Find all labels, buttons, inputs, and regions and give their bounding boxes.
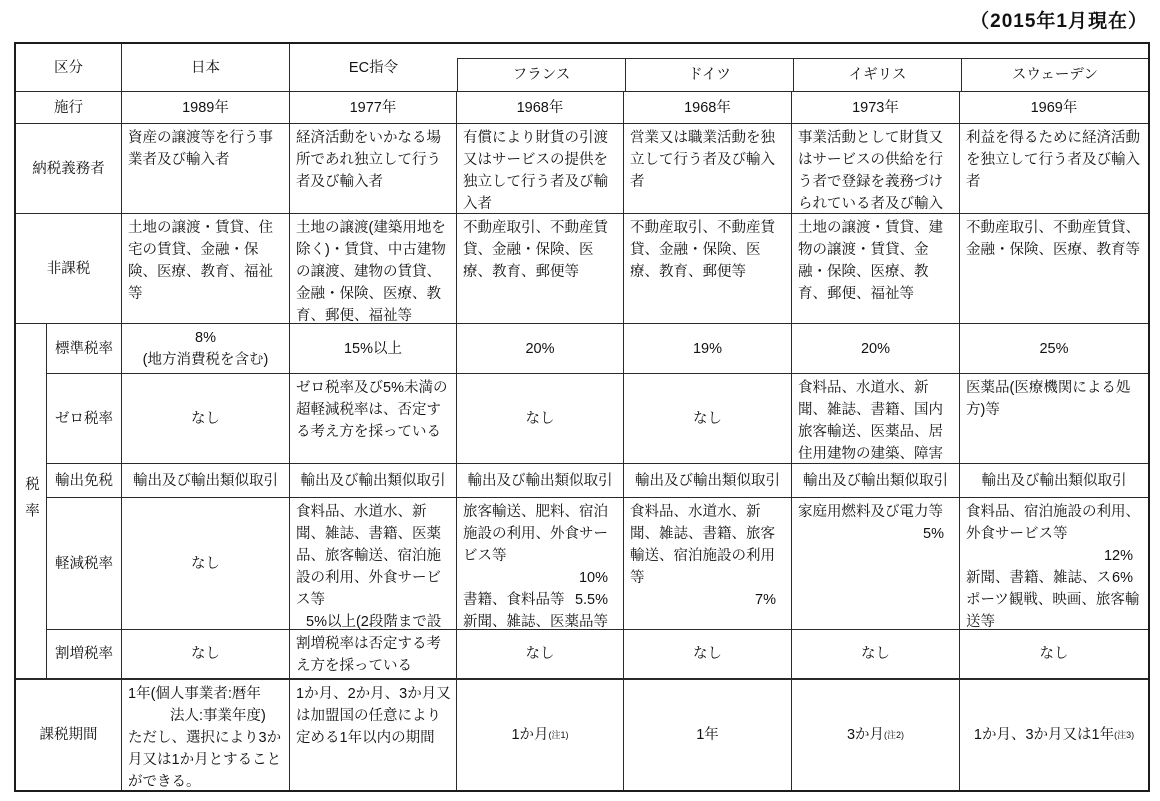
cell-export-ec: 輸出及び輸出類似取引 (290, 464, 457, 498)
cell-exempt-uk: 土地の譲渡・賃貸、建物の譲渡・賃貸、金融・保険、医療、教育、郵便、福祉等 (792, 214, 960, 324)
cell-taxpayer-germany: 営業又は職業活動を独立して行う者及び輸入者 (624, 124, 792, 214)
cell-export-sweden: 輸出及び輸出類似取引 (960, 464, 1148, 498)
cell-exempt-france: 不動産取引、不動産賃貸、金融・保険、医療、教育、郵便等 (457, 214, 624, 324)
col-header-group: EC指令 フランス ドイツ イギリス スウェーデン (290, 44, 1148, 92)
reduced-sweden-rate1: 12% (966, 545, 1143, 567)
cell-surtax-france: なし (457, 630, 624, 680)
col-header-france: フランス (458, 59, 625, 91)
row-group-label-tax-rate: 税率 (16, 324, 47, 680)
cell-standard-sweden: 25% (960, 324, 1148, 374)
cell-exempt-sweden: 不動産取引、不動産賃貸、金融・保険、医療、教育等 (960, 214, 1148, 324)
row-label-standard-rate: 標準税率 (47, 324, 122, 374)
corner-header: 区分 (16, 44, 122, 92)
reduced-sweden-line2: 6% 新聞、書籍、雑誌、スポーツ観戦、映画、旅客輸送等 (966, 567, 1143, 630)
cell-standard-ec: 15%以上 (290, 324, 457, 374)
cell-taxpayer-ec: 経済活動をいかなる場所であれ独立して行う者及び輸入者 (290, 124, 457, 214)
col-header-sweden: スウェーデン (961, 59, 1148, 91)
cell-surtax-ec: 割増税率は否定する考え方を採っている (290, 630, 457, 680)
cell-enforcement-ec: 1977年 (290, 92, 457, 124)
period-uk-value: 3か月 (847, 724, 884, 746)
cell-enforcement-germany: 1968年 (624, 92, 792, 124)
period-japan-line1: 1年(個人事業者:暦年 (128, 683, 284, 705)
cell-export-uk: 輸出及び輸出類似取引 (792, 464, 960, 498)
row-label-taxpayer: 納税義務者 (16, 124, 122, 214)
row-label-export-exemption: 輸出免税 (47, 464, 122, 498)
cell-reduced-germany: 食料品、水道水、新聞、雑誌、書籍、旅客輸送、宿泊施設の利用等 7% (624, 498, 792, 630)
reduced-france-item2: 書籍、食料品等 (463, 589, 565, 611)
col-header-japan: 日本 (122, 44, 290, 92)
cell-taxpayer-sweden: 利益を得るために経済活動を独立して行う者及び輸入者 (960, 124, 1148, 214)
document-page: （2015年1月現在） 区分 日本 EC指令 フランス ドイツ イギリス スウェ… (0, 0, 1160, 801)
cell-standard-france: 20% (457, 324, 624, 374)
cell-zero-france: なし (457, 374, 624, 464)
cell-taxpayer-japan: 資産の譲渡等を行う事業者及び輸入者 (122, 124, 290, 214)
cell-exempt-ec: 土地の譲渡(建築用地を除く)・賃貸、中古建物の譲渡、建物の賃貸、金融・保険、医療… (290, 214, 457, 324)
cell-enforcement-sweden: 1969年 (960, 92, 1148, 124)
period-sweden-value: 1か月、3か月又は1年 (974, 724, 1114, 746)
col-header-germany: ドイツ (625, 59, 793, 91)
reduced-france-item1: 旅客輸送、肥料、宿泊施設の利用、外食サービス等 (463, 501, 618, 567)
cell-zero-sweden: 医薬品(医療機関による処方)等 (960, 374, 1148, 464)
cell-surtax-japan: なし (122, 630, 290, 680)
standard-japan-rate: 8% (195, 327, 216, 349)
period-france-note: (注1) (549, 731, 569, 740)
reduced-germany-items: 食料品、水道水、新聞、雑誌、書籍、旅客輸送、宿泊施設の利用等 (630, 501, 786, 589)
period-france-value: 1か月 (511, 724, 548, 746)
cell-enforcement-japan: 1989年 (122, 92, 290, 124)
cell-surtax-germany: なし (624, 630, 792, 680)
row-label-exempt: 非課税 (16, 214, 122, 324)
period-japan-line3: ただし、選択により3か月又は1か月とすることができる。 (128, 727, 284, 790)
cell-period-japan: 1年(個人事業者:暦年 法人:事業年度) ただし、選択により3か月又は1か月とす… (122, 680, 290, 790)
reduced-uk-items: 家庭用燃料及び電力等 (798, 501, 954, 523)
cell-period-france: 1か月(注1) (457, 680, 624, 790)
cell-zero-ec: ゼロ税率及び5%未満の超軽減税率は、否定する考え方を採っている (290, 374, 457, 464)
reduced-sweden-rate2: 6% (1112, 567, 1143, 589)
cell-export-germany: 輸出及び輸出類似取引 (624, 464, 792, 498)
reduced-sweden-item1: 食料品、宿泊施設の利用、外食サービス等 (966, 501, 1143, 545)
cell-surtax-sweden: なし (960, 630, 1148, 680)
cell-export-france: 輸出及び輸出類似取引 (457, 464, 624, 498)
cell-reduced-ec: 食料品、水道水、新聞、雑誌、書籍、医薬品、旅客輸送、宿泊施設の利用、外食サービス… (290, 498, 457, 630)
cell-export-japan: 輸出及び輸出類似取引 (122, 464, 290, 498)
cell-standard-germany: 19% (624, 324, 792, 374)
row-label-period: 課税期間 (16, 680, 122, 790)
cell-period-uk: 3か月(注2) (792, 680, 960, 790)
row-label-reduced-rate: 軽減税率 (47, 498, 122, 630)
col-header-ec: EC指令 (290, 44, 457, 91)
cell-period-germany: 1年 (624, 680, 792, 790)
cell-exempt-japan: 土地の譲渡・賃貸、住宅の賃貸、金融・保険、医療、教育、福祉等 (122, 214, 290, 324)
row-label-zero-rate: ゼロ税率 (47, 374, 122, 464)
cell-period-sweden: 1か月、3か月又は1年(注3) (960, 680, 1148, 790)
reduced-ec-items: 食料品、水道水、新聞、雑誌、書籍、医薬品、旅客輸送、宿泊施設の利用、外食サービス… (296, 501, 451, 611)
cell-standard-japan: 8% (地方消費税を含む) (122, 324, 290, 374)
country-header-box: フランス ドイツ イギリス スウェーデン (457, 58, 1148, 91)
cell-reduced-france: 旅客輸送、肥料、宿泊施設の利用、外食サービス等 10% 書籍、食料品等 5.5%… (457, 498, 624, 630)
reduced-france-rate2: 5.5% (575, 589, 618, 611)
standard-japan-note: (地方消費税を含む) (143, 349, 269, 371)
row-label-enforcement: 施行 (16, 92, 122, 124)
page-title: （2015年1月現在） (970, 6, 1148, 33)
cell-reduced-japan: なし (122, 498, 290, 630)
cell-standard-uk: 20% (792, 324, 960, 374)
cell-zero-uk: 食料品、水道水、新聞、雑誌、書籍、国内旅客輸送、医薬品、居住用建物の建築、障害者… (792, 374, 960, 464)
reduced-germany-rate: 7% (630, 589, 786, 611)
tax-comparison-table: 区分 日本 EC指令 フランス ドイツ イギリス スウェーデン 施行 1989年… (14, 42, 1150, 792)
period-japan-line2: 法人:事業年度) (128, 705, 284, 727)
reduced-ec-note: 5%以上(2段階まで設定可能) (296, 611, 451, 630)
cell-zero-japan: なし (122, 374, 290, 464)
row-label-surtax-rate: 割増税率 (47, 630, 122, 680)
cell-zero-germany: なし (624, 374, 792, 464)
cell-reduced-sweden: 食料品、宿泊施設の利用、外食サービス等 12% 6% 新聞、書籍、雑誌、スポーツ… (960, 498, 1148, 630)
cell-reduced-uk: 家庭用燃料及び電力等 5% (792, 498, 960, 630)
reduced-uk-rate: 5% (798, 523, 954, 545)
reduced-france-rate1: 10% (463, 567, 618, 589)
cell-surtax-uk: なし (792, 630, 960, 680)
reduced-france-line2: 書籍、食料品等 5.5% (463, 589, 618, 611)
cell-enforcement-france: 1968年 (457, 92, 624, 124)
period-uk-note: (注2) (884, 731, 904, 740)
period-sweden-note: (注3) (1114, 731, 1134, 740)
reduced-france-item3: 新聞、雑誌、医薬品等 (463, 611, 618, 630)
cell-period-ec: 1か月、2か月、3か月又は加盟国の任意により定める1年以内の期間 (290, 680, 457, 790)
cell-exempt-germany: 不動産取引、不動産賃貸、金融・保険、医療、教育、郵便等 (624, 214, 792, 324)
cell-taxpayer-france: 有償により財貨の引渡又はサービスの提供を独立して行う者及び輸入者 (457, 124, 624, 214)
col-header-uk: イギリス (793, 59, 961, 91)
cell-enforcement-uk: 1973年 (792, 92, 960, 124)
tax-rate-vertical-text: 税率 (20, 472, 42, 530)
cell-taxpayer-uk: 事業活動として財貨又はサービスの供給を行う者で登録を義務づけられている者及び輸入… (792, 124, 960, 214)
